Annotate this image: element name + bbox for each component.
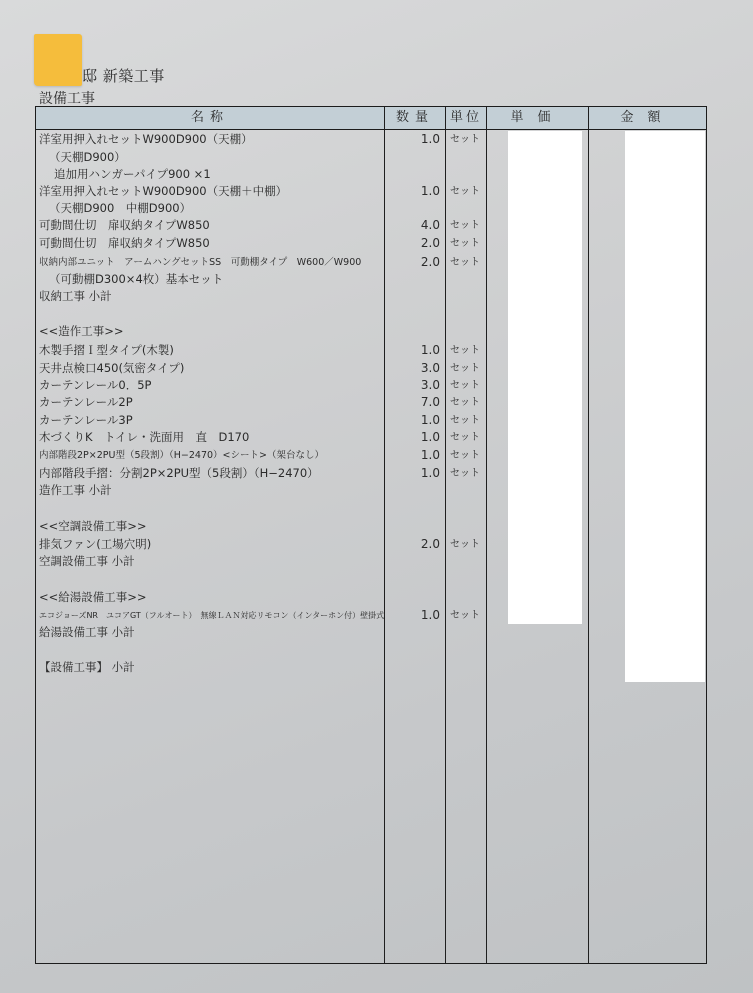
- item-quantity: 4.0: [384, 217, 440, 234]
- item-unit: セット: [450, 342, 490, 359]
- table-row: [36, 571, 706, 588]
- item-name: 給湯設備工事 小計: [39, 624, 135, 641]
- item-name: 天井点検口450(気密タイプ): [39, 360, 184, 377]
- column-header-quantity: 数量: [385, 107, 445, 129]
- table-row: （天棚D900）: [36, 149, 706, 166]
- item-name: カーテンレール3P: [39, 412, 133, 429]
- item-unit: セット: [450, 254, 490, 271]
- table-row: （天棚D900 中棚D900）: [36, 200, 706, 217]
- item-unit: セット: [450, 429, 490, 446]
- item-unit: セット: [450, 394, 490, 411]
- column-header-unit: 単位: [446, 107, 486, 129]
- column-header-name: 名称: [36, 107, 384, 129]
- item-name: 収納工事 小計: [39, 288, 112, 305]
- table-row: 内部階段2P×2PU型（5段割）（H−2470）<シート>（架台なし）1.0セッ…: [36, 447, 706, 464]
- item-unit: セット: [450, 465, 490, 482]
- table-row: 可動間仕切 扉収納タイプW8504.0セット: [36, 217, 706, 234]
- table-row: 空調設備工事 小計: [36, 553, 706, 570]
- item-name: 収納内部ユニット アームハングセットSS 可動棚タイプ W600／W900: [39, 254, 361, 271]
- table-row: 洋室用押入れセットW900D900（天棚＋中棚）1.0セット: [36, 183, 706, 200]
- item-name: 追加用ハンガーパイプ900 ×1: [54, 166, 211, 183]
- table-row: 収納内部ユニット アームハングセットSS 可動棚タイプ W600／W9002.0…: [36, 254, 706, 271]
- item-unit: セット: [450, 607, 490, 624]
- table-row: [36, 500, 706, 517]
- item-name: 排気ファン(工場穴明): [39, 536, 151, 553]
- table-row: 洋室用押入れセットW900D900（天棚）1.0セット: [36, 131, 706, 148]
- table-row: <<造作工事>>: [36, 323, 706, 340]
- item-name: <<空調設備工事>>: [39, 518, 147, 535]
- estimate-table: 名称 数量 単位 単価 金額 洋室用押入れセットW900D900（天棚）1.0セ…: [35, 106, 707, 964]
- item-quantity: 2.0: [384, 254, 440, 271]
- item-name: 空調設備工事 小計: [39, 553, 135, 570]
- sticky-note: [34, 34, 82, 86]
- table-row: （可動棚D300×4枚）基本セット: [36, 271, 706, 288]
- item-name: （天棚D900 中棚D900）: [49, 200, 191, 217]
- item-name: 【設備工事】 小計: [39, 659, 135, 676]
- item-quantity: 1.0: [384, 412, 440, 429]
- table-row: 木づくりK トイレ・洗面用 直 D1701.0セット: [36, 429, 706, 446]
- table-row: カーテンレール0．5P3.0セット: [36, 377, 706, 394]
- table-header: 名称 数量 単位 単価 金額: [36, 107, 706, 130]
- item-name: （可動棚D300×4枚）基本セット: [49, 271, 223, 288]
- item-quantity: 2.0: [384, 235, 440, 252]
- item-name: 造作工事 小計: [39, 482, 112, 499]
- item-quantity: 1.0: [384, 342, 440, 359]
- item-name: エコジョーズNR ユコアGT（フルオート） 無線ＬＡＮ対応リモコン（インターホン…: [39, 607, 384, 624]
- item-unit: セット: [450, 360, 490, 377]
- item-quantity: 1.0: [384, 465, 440, 482]
- item-name: 木製手摺Ｉ型タイプ(木製): [39, 342, 174, 359]
- table-row: 収納工事 小計: [36, 288, 706, 305]
- document-title: 邸 新築工事: [82, 65, 165, 86]
- table-row: 【設備工事】 小計: [36, 659, 706, 676]
- item-quantity: 1.0: [384, 429, 440, 446]
- table-row: [36, 306, 706, 323]
- item-name: 木づくりK トイレ・洗面用 直 D170: [39, 429, 249, 446]
- item-quantity: 3.0: [384, 377, 440, 394]
- table-row: 可動間仕切 扉収納タイプW8502.0セット: [36, 235, 706, 252]
- table-row: 天井点検口450(気密タイプ)3.0セット: [36, 360, 706, 377]
- item-name: <<造作工事>>: [39, 323, 124, 340]
- item-unit: セット: [450, 447, 490, 464]
- table-row: エコジョーズNR ユコアGT（フルオート） 無線ＬＡＮ対応リモコン（インターホン…: [36, 607, 706, 624]
- item-unit: セット: [450, 412, 490, 429]
- item-unit: セット: [450, 217, 490, 234]
- document-subtitle: 設備工事: [39, 88, 95, 108]
- table-row: カーテンレール3P1.0セット: [36, 412, 706, 429]
- table-row: 給湯設備工事 小計: [36, 624, 706, 641]
- item-name: 可動間仕切 扉収納タイプW850: [39, 235, 210, 252]
- table-row: 追加用ハンガーパイプ900 ×1: [36, 166, 706, 183]
- item-name: （天棚D900）: [49, 149, 126, 166]
- table-row: <<給湯設備工事>>: [36, 589, 706, 606]
- item-quantity: 1.0: [384, 447, 440, 464]
- table-row: 排気ファン(工場穴明)2.0セット: [36, 536, 706, 553]
- column-header-unit-price: 単価: [487, 107, 588, 129]
- table-row: 造作工事 小計: [36, 482, 706, 499]
- item-unit: セット: [450, 377, 490, 394]
- table-row: [36, 642, 706, 659]
- item-name: 可動間仕切 扉収納タイプW850: [39, 217, 210, 234]
- item-unit: セット: [450, 235, 490, 252]
- table-row: 内部階段手摺：分割2P×2PU型（5段割）（H−2470）1.0セット: [36, 465, 706, 482]
- item-name: 洋室用押入れセットW900D900（天棚＋中棚）: [39, 183, 287, 200]
- item-unit: セット: [450, 131, 490, 148]
- item-quantity: 3.0: [384, 360, 440, 377]
- table-row: カーテンレール2P7.0セット: [36, 394, 706, 411]
- table-row: <<空調設備工事>>: [36, 518, 706, 535]
- item-quantity: 7.0: [384, 394, 440, 411]
- item-name: カーテンレール0．5P: [39, 377, 151, 394]
- item-name: カーテンレール2P: [39, 394, 133, 411]
- item-unit: セット: [450, 183, 490, 200]
- item-name: 内部階段2P×2PU型（5段割）（H−2470）<シート>（架台なし）: [39, 447, 324, 464]
- column-header-amount: 金額: [589, 107, 706, 129]
- table-row: 木製手摺Ｉ型タイプ(木製)1.0セット: [36, 342, 706, 359]
- item-quantity: 1.0: [384, 183, 440, 200]
- item-unit: セット: [450, 536, 490, 553]
- item-quantity: 1.0: [384, 607, 440, 624]
- item-name: <<給湯設備工事>>: [39, 589, 147, 606]
- item-name: 内部階段手摺：分割2P×2PU型（5段割）（H−2470）: [39, 465, 319, 482]
- item-quantity: 2.0: [384, 536, 440, 553]
- item-name: 洋室用押入れセットW900D900（天棚）: [39, 131, 253, 148]
- item-quantity: 1.0: [384, 131, 440, 148]
